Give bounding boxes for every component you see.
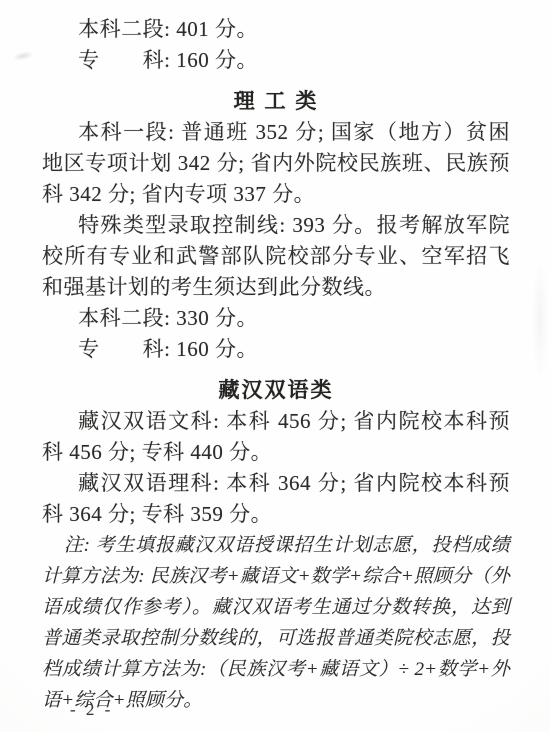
scanned-document-page: 本科二段: 401 分。 专 科: 160 分。 理 工 类 本科一段: 普通班… <box>0 0 550 732</box>
score-line-zhuanke: 专 科: 160 分。 <box>42 334 510 365</box>
score-paragraph-benke-yiduan: 本科一段: 普通班 352 分; 国家（地方）贫困地区专项计划 342 分; 省… <box>42 117 510 210</box>
scan-artifact <box>532 260 548 380</box>
page-number: - 2 - <box>70 700 113 720</box>
intro-score-line-benke-erduan: 本科二段: 401 分。 <box>42 14 510 45</box>
document-content: 本科二段: 401 分。 专 科: 160 分。 理 工 类 本科一段: 普通班… <box>42 14 510 716</box>
score-paragraph-bilingual-liberal-arts: 藏汉双语文科: 本科 456 分; 省内院校本科预科 456 分; 专科 440… <box>42 406 510 468</box>
scan-artifact <box>11 50 34 62</box>
intro-score-line-zhuanke: 专 科: 160 分。 <box>42 45 510 76</box>
score-line-benke-erduan: 本科二段: 330 分。 <box>42 303 510 334</box>
note-paragraph: 注: 考生填报藏汉双语授课招生计划志愿，投档成绩计算方法为: 民族汉考+藏语文+… <box>42 530 510 716</box>
section-heading-science-engineering: 理 工 类 <box>42 86 510 117</box>
score-paragraph-special-type-line: 特殊类型录取控制线: 393 分。报考解放军院校所有专业和武警部队院校部分专业、… <box>42 210 510 303</box>
section-heading-tibetan-chinese-bilingual: 藏汉双语类 <box>42 375 510 406</box>
score-paragraph-bilingual-science: 藏汉双语理科: 本科 364 分; 省内院校本科预科 364 分; 专科 359… <box>42 468 510 530</box>
